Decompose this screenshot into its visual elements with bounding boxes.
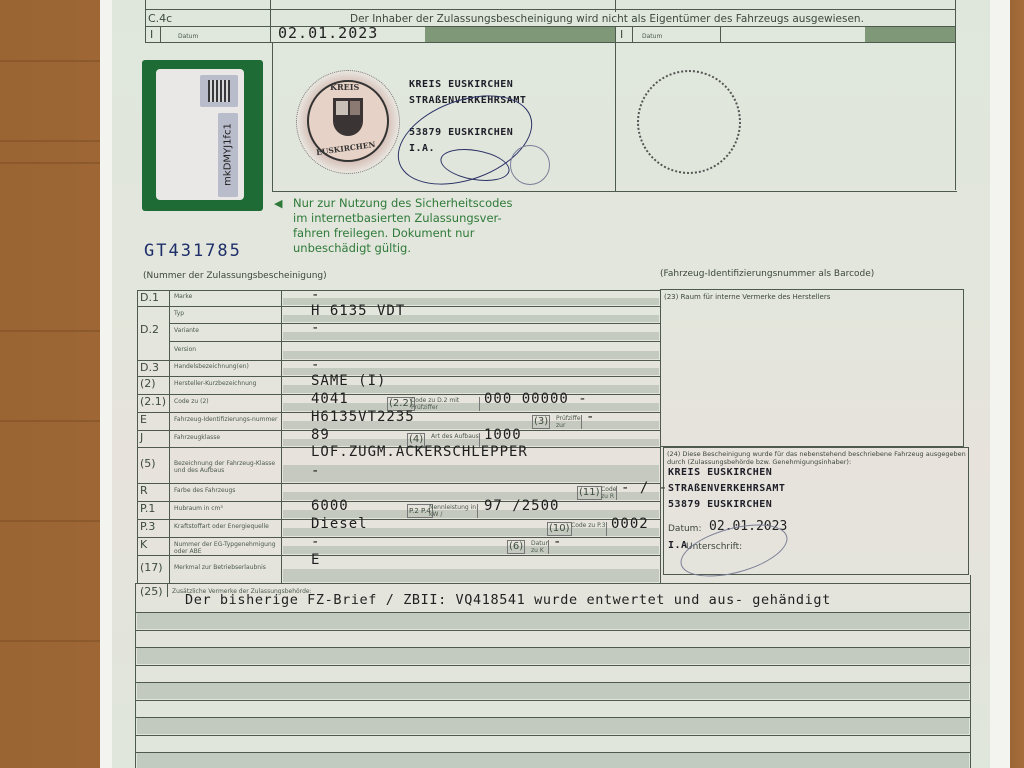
field-label: Bezeichnung der Fahrzeug-Klasse und des … [174, 460, 278, 474]
field-code: (5) [140, 457, 156, 470]
issue-date: 02.01.2023 [278, 24, 378, 42]
code-i-2: I [620, 28, 623, 41]
date-label: Datum: [668, 524, 701, 534]
field-row: KNummer der EG-Typgenehmigung oder ABE-(… [137, 537, 660, 555]
sub-field-label: Prüfziffer zur Fahrzeug-Identifizierungs… [556, 415, 582, 429]
field-value: - [311, 534, 320, 550]
field-code: R [140, 484, 148, 497]
field-code: E [140, 413, 147, 426]
field-row: D.3Handelsbezeichnung(en)- [137, 360, 660, 376]
document-number-caption: (Nummer der Zulassungsbescheinigung) [143, 271, 327, 281]
sub-field-label: Code zu R [601, 486, 617, 500]
green-bar-2 [865, 27, 955, 42]
sub-field-code: (11) [577, 486, 602, 500]
field-code: (17) [140, 561, 163, 574]
field-value: - [311, 357, 320, 373]
code-c4c: C.4c [148, 12, 172, 25]
sub-field-value: - [586, 409, 595, 425]
field-value: 6000 [311, 498, 349, 514]
issuer-box: (24) Diese Bescheinigung wurde für das n… [663, 447, 969, 575]
security-hint: Nur zur Nutzung des Sicherheitscodes im … [293, 196, 512, 256]
field-row: EFahrzeug-Identifizierungs-nummerH6135VT… [137, 412, 660, 430]
datamatrix-code [200, 75, 238, 107]
owner-disclaimer: Der Inhaber der Zulassungsbescheinigung … [350, 13, 864, 25]
label-datum: Datum [178, 33, 198, 40]
sub-field-label: Datum zu K [531, 540, 549, 554]
field-code: J [140, 431, 143, 444]
field-label: Variante [174, 327, 278, 334]
security-code-label: mkDMYJ1fc1 [142, 60, 263, 211]
code-i: I [150, 28, 153, 41]
field-row: P.1Hubraum in cm³6000P.2 P.4Nennleistung… [137, 501, 660, 519]
sub-field-value: 0002 [611, 516, 649, 532]
security-code-strip: mkDMYJ1fc1 [218, 113, 238, 197]
field-code: (2) [140, 377, 156, 390]
field-code: (2.1) [140, 395, 166, 408]
field-row: Variante- [137, 323, 660, 341]
manufacturer-notes-box: (23) Raum für interne Vermerke des Herst… [660, 289, 964, 447]
arrow-left-icon: ◀ [274, 197, 282, 210]
field-value: 4041 [311, 391, 349, 407]
sub-field-value: - / - [621, 480, 668, 496]
field-row: (17)Merkmal zur BetriebserlaubnisE [137, 555, 660, 583]
field-value: SAME (I) [311, 373, 386, 389]
field-code: K [140, 538, 147, 551]
field-label: Code zu (2) [174, 398, 278, 405]
field-value: H6135VT2235 [311, 409, 415, 425]
field-label: Merkmal zur Betriebserlaubnis [174, 564, 278, 571]
field-value: - [311, 287, 320, 303]
seal-placeholder [637, 70, 741, 174]
remarks-text: Der bisherige FZ-Brief / ZBII: VQ418541 … [185, 592, 831, 608]
field-code: P.3 [140, 520, 155, 533]
document-number: GT431785 [144, 241, 242, 261]
sub-field-label: Code zu P.3 [571, 522, 607, 536]
field-row: Version [137, 341, 660, 360]
field-value: 89 [311, 427, 330, 443]
field-code: D.1 [140, 291, 159, 304]
field-label: Hubraum in cm³ [174, 505, 278, 512]
code-25: (25) [140, 585, 163, 598]
field-value: E [311, 552, 320, 568]
sub-field-label: Code zu D.2 mit Prüfziffer [411, 397, 480, 411]
field-row: D.2TypH 6135 VDT [137, 306, 660, 323]
field-label: Fahrzeugklasse [174, 434, 278, 441]
sub-field-value: - [553, 534, 562, 550]
sub-field-label: Nennleistung in kW / Nenndrehzahl bei mi… [429, 504, 478, 518]
field-value: - [311, 320, 320, 336]
field-code: D.3 [140, 361, 159, 374]
field-label: Fahrzeug-Identifizierungs-nummer [174, 416, 278, 423]
field-value: H 6135 VDT [311, 303, 405, 319]
field-code: P.1 [140, 502, 155, 515]
field-label: Marke [174, 293, 278, 300]
field-value: LOF.ZUGM.ACKERSCHLEPPER [311, 444, 528, 460]
sub-field-value: 97 /2500 [484, 498, 559, 514]
field-label: Nummer der EG-Typgenehmigung oder ABE [174, 541, 278, 555]
field-row: RFarbe des Fahrzeugs(11)Code zu R- / - [137, 483, 660, 501]
field-label: Kraftstoffart oder Energiequelle [174, 523, 278, 530]
field-row: P.3Kraftstoffart oder EnergiequelleDiese… [137, 519, 660, 537]
field-label: Typ [174, 310, 278, 317]
field-row: (5)Bezeichnung der Fahrzeug-Klasse und d… [137, 447, 660, 483]
field-label: Hersteller-Kurzbezeichnung [174, 380, 278, 387]
sub-field-value: 000 00000 - [484, 391, 588, 407]
green-bar [425, 27, 615, 42]
sub-field-code: (3) [532, 415, 550, 429]
sub-field-value: 1000 [484, 427, 522, 443]
label-datum-2: Datum [642, 33, 662, 40]
field-label: Handelsbezeichnung(en) [174, 363, 278, 370]
field-label: Version [174, 346, 278, 353]
field-value: Diesel [311, 516, 368, 532]
sub-field-code: (6) [507, 540, 525, 554]
field-label: Farbe des Fahrzeugs [174, 487, 278, 494]
barcode-caption: (Fahrzeug-Identifizierungsnummer als Bar… [660, 269, 874, 279]
